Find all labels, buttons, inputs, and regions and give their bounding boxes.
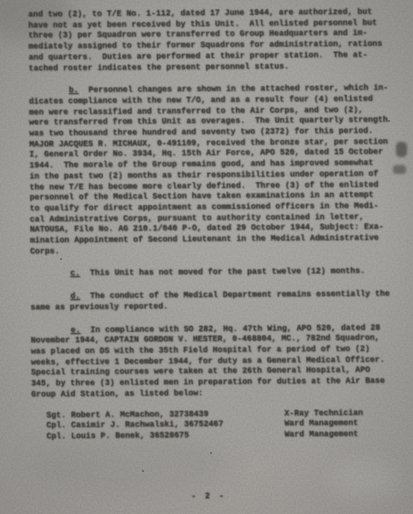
- paragraph-continuation: and two (2), to T/E No. 1-112, dated 17 …: [28, 7, 405, 74]
- scanned-document-page: and two (2), to T/E No. 1-112, dated 17 …: [0, 0, 413, 514]
- paragraph-c: c. This Unit has not moved for the past …: [30, 267, 407, 281]
- training-roster-list: Sgt. Robert A. McMachon, 32738439X-Ray T…: [46, 408, 413, 443]
- paragraph-d: d. The conduct of the Medical Department…: [30, 290, 407, 314]
- paragraph-text: In compliance with SO 282, Hq. 47th Wing…: [31, 323, 385, 399]
- paragraph-b: b. Personnel changes are shown in the at…: [29, 84, 407, 258]
- paragraph-text: and two (2), to T/E No. 1-112, dated 17 …: [28, 8, 382, 73]
- paragraph-e: e. In compliance with SO 282, Hq. 47th W…: [31, 323, 409, 401]
- roster-duty: Ward Management: [284, 419, 358, 430]
- paragraph-text: The conduct of the Medical Department re…: [30, 290, 389, 313]
- roster-row: Cpl. Louis P. Benek, 36528675Ward Manage…: [46, 429, 413, 443]
- paragraph-letter: c.: [70, 269, 80, 278]
- roster-duty: Ward Management: [284, 430, 358, 441]
- paragraph-text: Personnel changes are shown in the attac…: [29, 84, 388, 256]
- paragraph-letter: d.: [70, 292, 80, 301]
- page-number: - 2 -: [2, 490, 413, 504]
- paragraph-text: This Unit has not moved for the past twe…: [80, 267, 365, 278]
- roster-soldier: Cpl. Louis P. Benek, 36528675: [46, 430, 284, 443]
- paragraph-letter: b.: [69, 86, 79, 95]
- paragraph-letter: e.: [71, 326, 81, 335]
- typewritten-text-block: and two (2), to T/E No. 1-112, dated 17 …: [0, 0, 413, 514]
